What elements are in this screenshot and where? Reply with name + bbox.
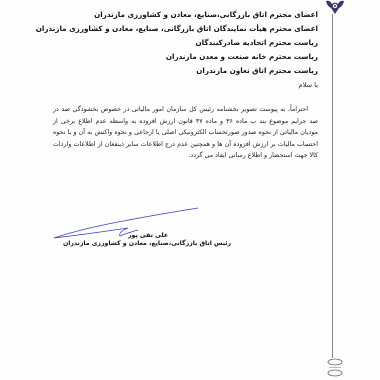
signatory-name: علی تقی پور <box>128 232 168 239</box>
ornament-top-icon <box>324 0 346 16</box>
recipient-line: ریاست محترم اتاق تعاون مازندران <box>196 66 318 76</box>
greeting: با سلام <box>299 81 318 89</box>
recipient-line: ریاست محترم اتحادیه صادرکنندگان <box>196 38 319 48</box>
vertical-rule <box>332 14 333 358</box>
body-paragraph: احتراماً، به پیوست تصویر بخشنامه رئیس کل… <box>53 104 318 162</box>
recipient-line: اعضای محترم اتاق بازرگانی،صنایع، معادن و… <box>94 10 318 20</box>
recipient-line: ریاست محترم خانه صنعت و معدن مازندران <box>166 52 318 62</box>
recipient-line: اعضای محترم هیأت نمایندگان اتاق بازرگانی… <box>36 24 318 34</box>
letter-body: احتراماً، به پیوست تصویر بخشنامه رئیس کل… <box>53 104 318 162</box>
signatory-title: رئیس اتاق بازرگانی،صنایع، معادن و کشاورز… <box>63 240 231 247</box>
letter-page: اعضای محترم اتاق بازرگانی،صنایع، معادن و… <box>0 0 380 380</box>
ornament-bottom-icon <box>326 358 344 378</box>
